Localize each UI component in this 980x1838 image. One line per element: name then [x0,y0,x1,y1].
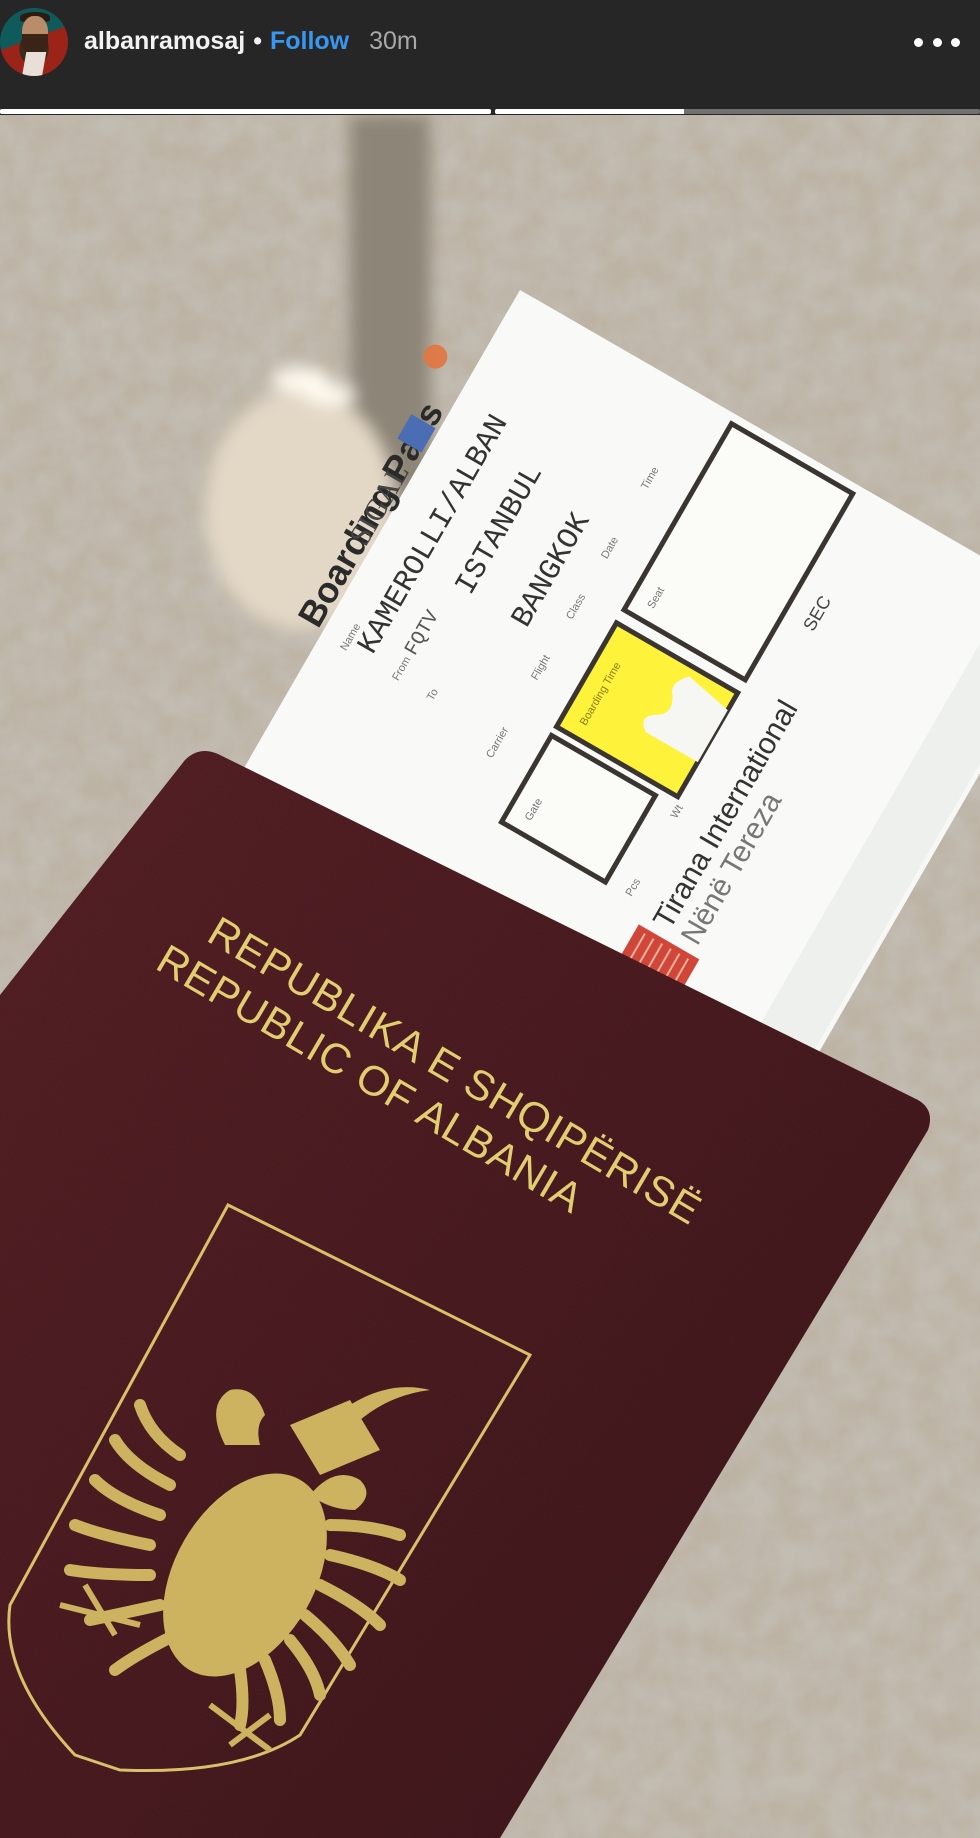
separator-dot: • [253,27,262,56]
avatar-beard [22,34,48,54]
story-progress-segment [0,109,491,114]
story-header: albanramosaj • Follow 30m [0,0,980,115]
avatar-shirt [22,52,47,76]
username-link[interactable]: albanramosaj [84,27,245,56]
avatar[interactable] [0,8,68,76]
progress-fill [495,109,684,114]
follow-button[interactable]: Follow [270,27,349,56]
story-progress-segment [495,109,980,114]
more-dot [951,38,960,47]
story-meta: albanramosaj • Follow 30m [84,24,418,58]
more-options-icon[interactable] [914,30,960,54]
story-photo[interactable]: Boarding Pass SIGAL Name KAMEROLLI/ALBAN… [0,115,980,1838]
more-dot [914,38,923,47]
timestamp: 30m [369,27,418,56]
more-dot [933,38,942,47]
progress-fill [0,109,491,114]
